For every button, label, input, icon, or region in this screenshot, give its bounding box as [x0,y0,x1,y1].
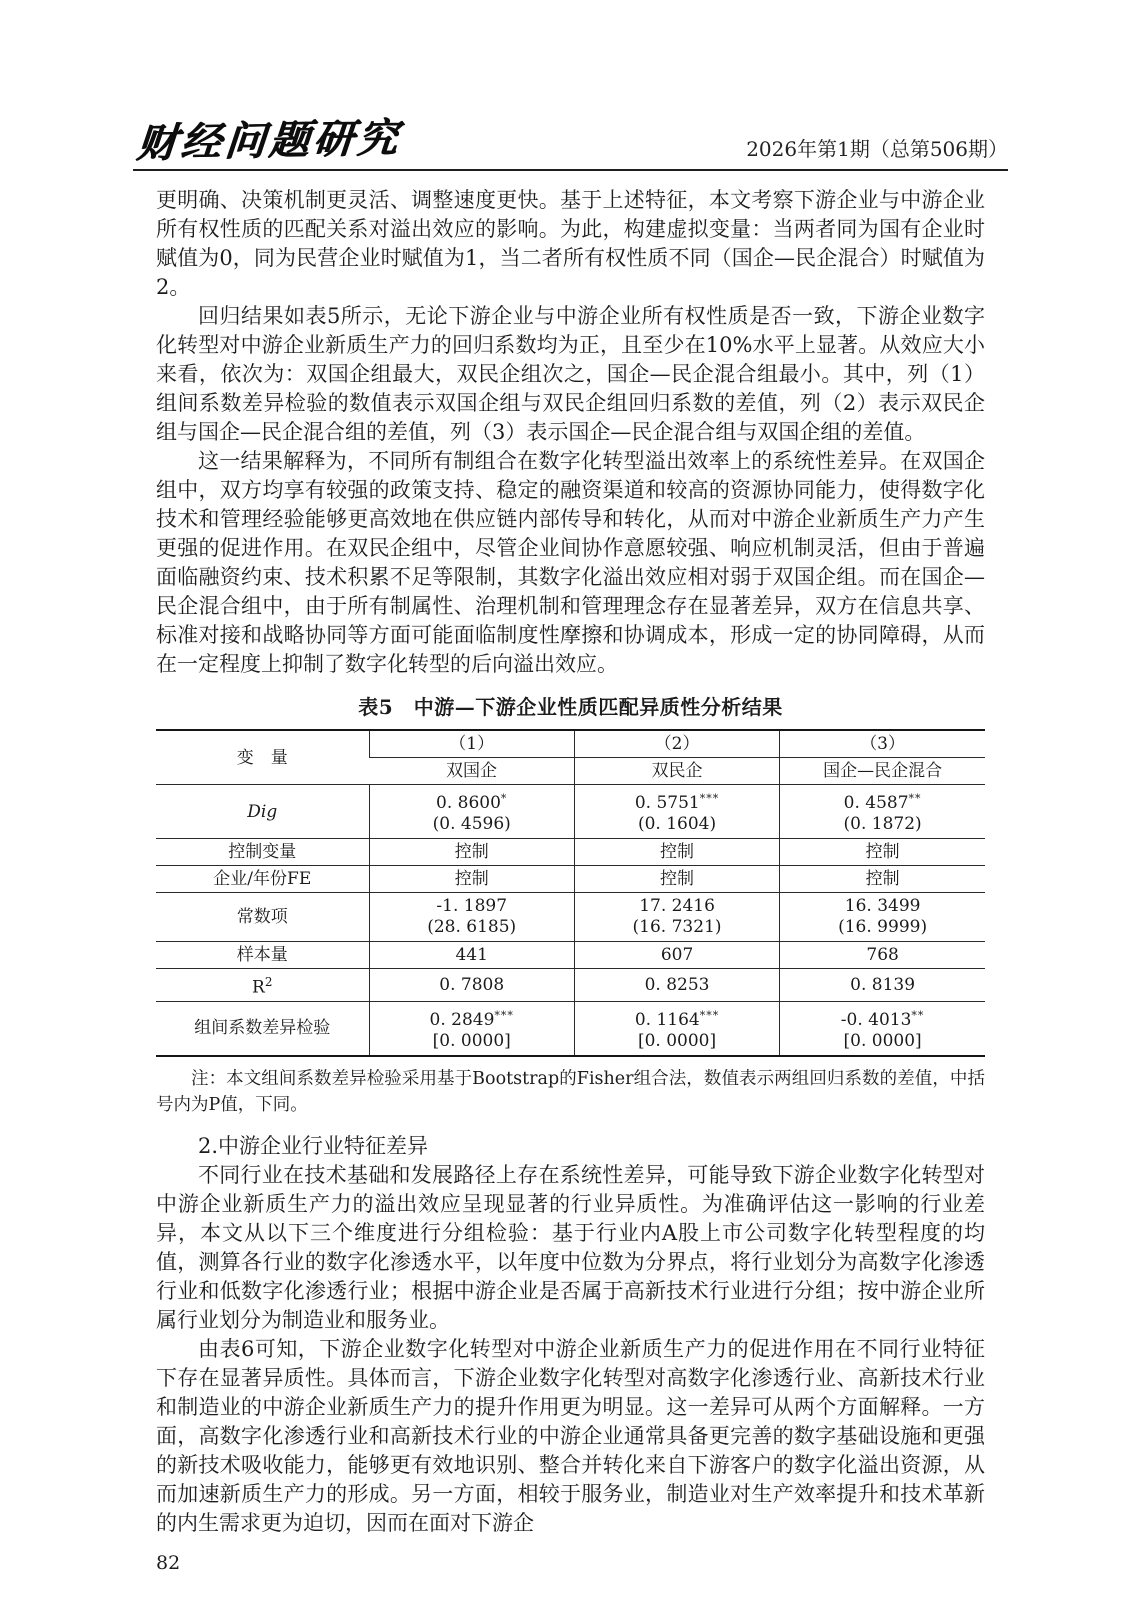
table-cell: 0. 8139 [780,969,985,1002]
row-label: 组间系数差异检验 [156,1001,369,1056]
significance-stars: ** [909,792,922,805]
standard-error: (0. 4596) [374,814,570,835]
standard-error: (16. 9999) [784,917,981,938]
body-paragraph: 由表6可知，下游企业数字化转型对中游企业新质生产力的促进作用在不同行业特征下存在… [156,1335,985,1538]
table-cell: 0. 2849*** [0. 0000] [369,1001,574,1056]
table-row-r2: R2 0. 7808 0. 8253 0. 8139 [156,969,985,1002]
table-cell: 17. 2416 (16. 7321) [574,893,779,942]
page-number: 82 [156,1552,985,1574]
table-row-diff-test: 组间系数差异检验 0. 2849*** [0. 0000] 0. 1164***… [156,1001,985,1056]
significance-stars: * [501,792,508,805]
table-row-n: 样本量 441 607 768 [156,942,985,969]
regression-table: 变 量 （1） （2） （3） 双国企 双民企 国企—民企混合 Dig 0. 8… [156,729,985,1057]
column-header-variable: 变 量 [156,730,369,785]
p-value: [0. 0000] [374,1031,570,1052]
table-row-fe: 企业/年份FE 控制 控制 控制 [156,866,985,893]
body-paragraph: 不同行业在技术基础和发展路径上存在系统性差异，可能导致下游企业数字化转型对中游企… [156,1161,985,1335]
row-label: 企业/年份FE [156,866,369,893]
table-title: 表5 中游—下游企业性质匹配异质性分析结果 [156,691,985,720]
table-cell: 0. 8253 [574,969,779,1002]
table-cell: 441 [369,942,574,969]
column-header-2: （2） [574,730,779,758]
table-cell: 控制 [780,866,985,893]
table-note: 注：本文组间系数差异检验采用基于Bootstrap的Fisher组合法，数值表示… [156,1066,985,1118]
significance-stars: *** [494,1009,514,1022]
table-cell: 0. 8600* (0. 4596) [369,785,574,839]
table-cell: 控制 [574,839,779,866]
issue-info: 2026年第1期（总第506期） [746,133,1008,164]
row-label: R2 [156,969,369,1002]
significance-stars: ** [911,1009,924,1022]
table-cell: -0. 4013** [0. 0000] [780,1001,985,1056]
table-row-constant: 常数项 -1. 1897 (28. 6185) 17. 2416 (16. 73… [156,893,985,942]
table-cell: 控制 [574,866,779,893]
table-cell: 16. 3499 (16. 9999) [780,893,985,942]
standard-error: (28. 6185) [374,917,570,938]
body-paragraph: 更明确、决策机制更灵活、调整速度更快。基于上述特征，本文考察下游企业与中游企业所… [156,186,985,302]
table-row-dig: Dig 0. 8600* (0. 4596) 0. 5751*** (0. 16… [156,785,985,839]
group-header-3: 国企—民企混合 [780,758,985,785]
body-paragraph: 这一结果解释为，不同所有制组合在数字化转型溢出效率上的系统性差异。在双国企组中，… [156,447,985,679]
table-cell: 控制 [369,839,574,866]
row-label: 常数项 [156,893,369,942]
table-header-row: 变 量 （1） （2） （3） [156,730,985,758]
row-label: Dig [156,785,369,839]
table-cell: 0. 5751*** (0. 1604) [574,785,779,839]
table-cell: 768 [780,942,985,969]
article-body: 更明确、决策机制更灵活、调整速度更快。基于上述特征，本文考察下游企业与中游企业所… [156,186,985,1538]
table-cell: 0. 7808 [369,969,574,1002]
row-label: 样本量 [156,942,369,969]
journal-logo: 财经问题研究 [133,118,403,164]
table-cell: 0. 4587** (0. 1872) [780,785,985,839]
table-row-controls: 控制变量 控制 控制 控制 [156,839,985,866]
row-label: 控制变量 [156,839,369,866]
body-paragraph: 回归结果如表5所示，无论下游企业与中游企业所有权性质是否一致，下游企业数字化转型… [156,302,985,447]
table-cell: 控制 [369,866,574,893]
p-value: [0. 0000] [784,1031,981,1052]
table-cell: 607 [574,942,779,969]
table-5-block: 表5 中游—下游企业性质匹配异质性分析结果 变 量 （1） （2） （3） [156,691,985,1057]
standard-error: (0. 1872) [784,814,981,835]
significance-stars: *** [700,792,720,805]
standard-error: (16. 7321) [579,917,775,938]
table-cell: 控制 [780,839,985,866]
p-value: [0. 0000] [579,1031,775,1052]
standard-error: (0. 1604) [579,814,775,835]
significance-stars: *** [700,1009,720,1022]
journal-header: 财经问题研究 2026年第1期（总第506期） [133,0,1008,171]
group-header-2: 双民企 [574,758,779,785]
table-cell: 0. 1164*** [0. 0000] [574,1001,779,1056]
column-header-1: （1） [369,730,574,758]
column-header-3: （3） [780,730,985,758]
journal-page: 财经问题研究 2026年第1期（总第506期） 更明确、决策机制更灵活、调整速度… [0,0,1140,1600]
section-heading: 2.中游企业行业特征差异 [156,1132,985,1161]
table-cell: -1. 1897 (28. 6185) [369,893,574,942]
group-header-1: 双国企 [369,758,574,785]
